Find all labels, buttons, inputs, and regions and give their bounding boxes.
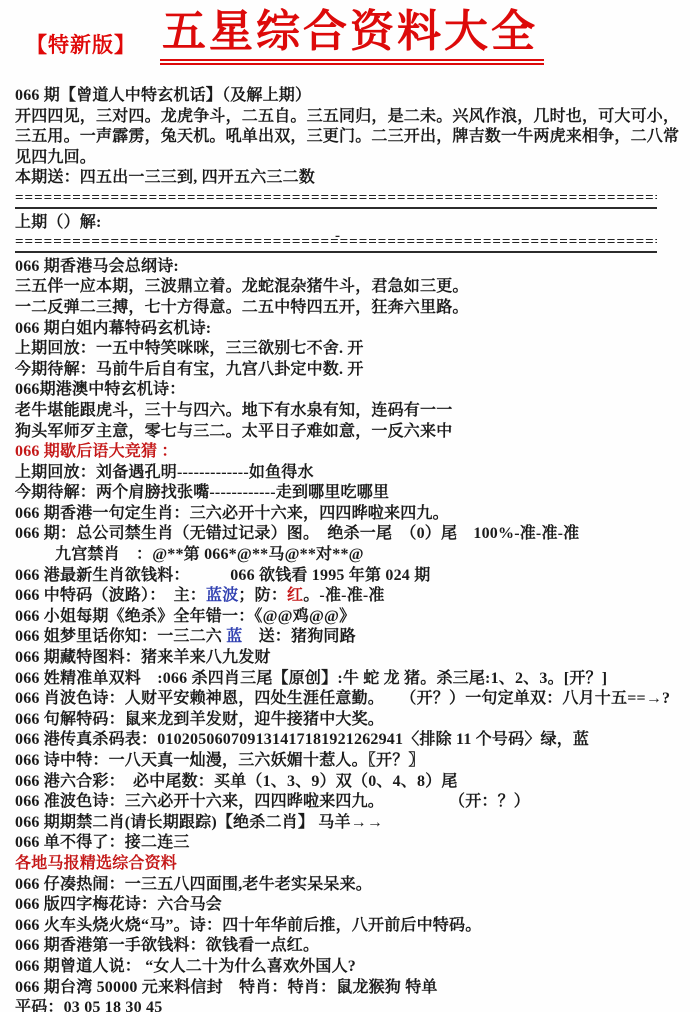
body-line: 066 姐梦里话你知：一三二六 蓝 送：猪狗同路: [15, 627, 694, 648]
body-line: 066 期藏特图料：猪来羊来八九发财: [15, 648, 694, 669]
body-line: 见四九回。: [15, 148, 694, 169]
body-line: 066 港传真杀码表：01020506070913141718192126294…: [15, 730, 694, 751]
text-segment: 三五用。一声霹雳，兔天机。吼单出双，三更门。二三开出，牌吉数一牛两虎来相争，二八…: [15, 128, 679, 145]
text-segment: 066 句解特码：鼠来龙到羊发财，迎牛接猪中大奖。: [15, 711, 384, 728]
text-segment: 今期待解：两个肩膀找张嘴------------走到哪里吃哪里: [15, 484, 389, 501]
text-segment: 066 期期禁二肖(请长期跟踪)【绝杀二肖】 马羊→→: [15, 814, 383, 831]
body-line: 066 肖波色诗：人财平安赖神恩，四处生涯任意勤。 （开？）一句定单双：八月十五…: [15, 689, 694, 710]
text-segment: 本期送：四五出一三三到, 四开五六三二数: [15, 169, 315, 186]
body-line: 066 期香港马会总纲诗:: [15, 257, 694, 278]
separator-line: ========================================…: [15, 236, 694, 257]
edition-tag: 【特新版】: [26, 29, 136, 59]
body-line: 066 港最新生肖欲钱料： 066 欲钱看 1995 年第 024 期: [15, 566, 694, 587]
body-line: 三五用。一声霹雳，兔天机。吼单出双，三更门。二三开出，牌吉数一牛两虎来相争，二八…: [15, 127, 694, 148]
body-line: 066 准波色诗：三六必开十六来，四四晔啦来四九。 （开：？）: [15, 792, 694, 813]
text-segment: 066 版四字梅花诗：六合马会: [15, 896, 222, 913]
text-segment: 066 小姐每期《绝杀》全年错一：《@@鸡@@》: [15, 608, 355, 625]
body-line: 066 期歇后语大竞猜 ：: [15, 442, 694, 463]
text-segment: 066 姐梦里话你知：一三二六: [15, 628, 226, 645]
text-segment: 066 中特码（波路）： 主：: [15, 587, 206, 604]
separator-equals: ========================================…: [15, 192, 657, 209]
body-line: 老牛堪能跟虎斗，三十与四六。地下有水泉有知，连码有一一: [15, 401, 694, 422]
body-line: 上期回放：一五中特笑咪咪，三三欲别七不舍. 开: [15, 339, 694, 360]
text-segment: 上期（）解:: [15, 214, 102, 231]
text-segment: 066 期【曾道人中特玄机话】（及解上期）: [15, 87, 311, 104]
body-line: 九宫禁肖 ：@**第 066*@**马@**对**@: [15, 545, 694, 566]
text-segment: 狗头军师歹主意，零七与三二。太平日子难如意，一反六来中: [15, 423, 452, 440]
body-line: 066 期白姐内幕特码玄机诗:: [15, 319, 694, 340]
body-line: 今期待解：马前牛后自有宝，九宫八卦定中数. 开: [15, 360, 694, 381]
text-segment: 066 姓精准单双料 :066 杀四肖三尾【原创】:牛 蛇 龙 猪。杀三尾:1、…: [15, 670, 607, 687]
document-body: 066 期【曾道人中特玄机话】（及解上期）开四四见，三对四。龙虎争斗，二五自。三…: [0, 86, 700, 1012]
text-segment: 066 准波色诗：三六必开十六来，四四晔啦来四九。 （开：？）: [15, 793, 530, 810]
text-segment: 三五伴一应本期，三波鼎立着。龙蛇混杂猪牛斗，君急如三更。: [15, 278, 469, 295]
text-segment: 九宫禁肖 ：@**第 066*@**马@**对**@: [55, 546, 364, 563]
text-segment: 066 港六合彩： 必中尾数：买单（1、3、9）双（0、4、8）尾: [15, 773, 458, 790]
body-line: 066 期台湾 50000 元来料信封 特肖：特肖：鼠龙猴狗 特单: [15, 978, 694, 999]
text-segment: 蓝: [226, 628, 242, 645]
body-line: 平码：03 05 18 30 45: [15, 998, 694, 1012]
body-line: 开四四见，三对四。龙虎争斗，二五自。三五同归，是二未。兴风作浪，几时也，可大可小…: [15, 107, 694, 128]
text-segment: 一二反弹二三搏，七十方得意。二五中特四五开，狂奔六里路。: [15, 299, 469, 316]
body-line: 066 期：总公司禁生肖（无错过记录）图。 绝杀一尾 （0）尾 100%-准-准…: [15, 524, 694, 545]
text-segment: 066 期香港第一手欲钱料：欲钱看一点红。: [15, 937, 319, 954]
body-line: 066期港澳中特玄机诗：: [15, 380, 694, 401]
text-segment: 开四四见，三对四。龙虎争斗，二五自。三五同归，是二未。兴风作浪，几时也，可大可小…: [15, 108, 679, 125]
body-line: 066 期曾道人说： “女人二十为什么喜欢外国人?: [15, 957, 694, 978]
text-segment: 066 港传真杀码表：01020506070913141718192126294…: [15, 731, 589, 748]
body-line: 066 句解特码：鼠来龙到羊发财，迎牛接猪中大奖。: [15, 710, 694, 731]
text-segment: ；防：: [238, 587, 287, 604]
body-line: 各地马报精选综合资料: [15, 854, 694, 875]
text-segment: 上期回放：一五中特笑咪咪，三三欲别七不舍. 开: [15, 340, 364, 357]
text-segment: 送：猪狗同路: [242, 628, 355, 645]
text-segment: 066 肖波色诗：人财平安赖神恩，四处生涯任意勤。 （开？）一句定单双：八月十五…: [15, 690, 670, 707]
text-segment: 今期待解：马前牛后自有宝，九宫八卦定中数. 开: [15, 361, 364, 378]
body-line: 066 港六合彩： 必中尾数：买单（1、3、9）双（0、4、8）尾: [15, 772, 694, 793]
text-segment: 红: [287, 587, 303, 604]
text-segment: 066 诗中特：一八天真一灿漫，三六妖媚十惹人。〖开？〗: [15, 752, 425, 769]
body-line: 066 单不得了：接二连三: [15, 833, 694, 854]
body-line: 今期待解：两个肩膀找张嘴------------走到哪里吃哪里: [15, 483, 694, 504]
text-segment: 066 港最新生肖欲钱料： 066 欲钱看 1995 年第 024 期: [15, 567, 430, 584]
body-line: 066 期【曾道人中特玄机话】（及解上期）: [15, 86, 694, 107]
page-header: 【特新版】 五星综合资料大全: [0, 0, 700, 86]
body-line: 066 版四字梅花诗：六合马会: [15, 895, 694, 916]
text-segment: 066 期香港一句定生肖：三六必开十六来，四四晔啦来四九。: [15, 505, 449, 522]
body-line: 066 小姐每期《绝杀》全年错一：《@@鸡@@》: [15, 607, 694, 628]
separator-line: ========================================…: [15, 192, 694, 213]
text-segment: 066 单不得了：接二连三: [15, 834, 190, 851]
text-segment: 老牛堪能跟虎斗，三十与四六。地下有水泉有知，连码有一一: [15, 402, 452, 419]
text-segment: 066 期藏特图料：猪来羊来八九发财: [15, 649, 271, 666]
text-segment: 066 火车头烧火烧“马”。诗：四十年华前后推，八开前后中特码。: [15, 917, 481, 934]
body-line: 上期回放：刘备遇孔明-------------如鱼得水: [15, 463, 694, 484]
separator-dash: -: [335, 226, 340, 247]
text-segment: 蓝波: [206, 587, 238, 604]
body-line: 三五伴一应本期，三波鼎立着。龙蛇混杂猪牛斗，君急如三更。: [15, 277, 694, 298]
body-line: 066 期香港一句定生肖：三六必开十六来，四四晔啦来四九。: [15, 504, 694, 525]
page-title: 五星综合资料大全: [160, 6, 544, 65]
body-line: 066 姓精准单双料 :066 杀四肖三尾【原创】:牛 蛇 龙 猪。杀三尾:1、…: [15, 669, 694, 690]
text-segment: 066 期：总公司禁生肖（无错过记录）图。 绝杀一尾 （0）尾 100%-准-准…: [15, 525, 579, 542]
text-segment: 066 期歇后语大竞猜 ：: [15, 443, 178, 460]
body-line: 066 仔凑热闹：一三五八四面围,老牛老实呆呆来。: [15, 875, 694, 896]
body-line: 上期（）解:: [15, 213, 694, 234]
text-segment: 066 期曾道人说： “女人二十为什么喜欢外国人?: [15, 958, 356, 975]
body-line: 本期送：四五出一三三到, 四开五六三二数: [15, 168, 694, 189]
text-segment: 平码：03 05 18 30 45: [15, 999, 162, 1012]
document-page: 【特新版】 五星综合资料大全 066 期【曾道人中特玄机话】（及解上期）开四四见…: [0, 0, 700, 1012]
text-segment: 。-准-准-准: [303, 587, 384, 604]
body-line: 066 期期禁二肖(请长期跟踪)【绝杀二肖】 马羊→→: [15, 813, 694, 834]
body-line: 066 期香港第一手欲钱料：欲钱看一点红。: [15, 936, 694, 957]
text-segment: 066 期香港马会总纲诗:: [15, 258, 179, 275]
body-line: 066 火车头烧火烧“马”。诗：四十年华前后推，八开前后中特码。: [15, 916, 694, 937]
body-line: 066 诗中特：一八天真一灿漫，三六妖媚十惹人。〖开？〗: [15, 751, 694, 772]
text-segment: 066 仔凑热闹：一三五八四面围,老牛老实呆呆来。: [15, 876, 372, 893]
text-segment: 各地马报精选综合资料: [15, 855, 177, 872]
body-line: 066 中特码（波路）： 主：蓝波；防：红。-准-准-准: [15, 586, 694, 607]
body-line: 狗头军师歹主意，零七与三二。太平日子难如意，一反六来中: [15, 422, 694, 443]
text-segment: 上期回放：刘备遇孔明-------------如鱼得水: [15, 464, 314, 481]
text-segment: 066期港澳中特玄机诗：: [15, 381, 185, 398]
text-segment: 见四九回。: [15, 149, 96, 166]
text-segment: 066 期白姐内幕特码玄机诗:: [15, 320, 211, 337]
body-line: 一二反弹二三搏，七十方得意。二五中特四五开，狂奔六里路。: [15, 298, 694, 319]
text-segment: 066 期台湾 50000 元来料信封 特肖：特肖：鼠龙猴狗 特单: [15, 979, 438, 996]
